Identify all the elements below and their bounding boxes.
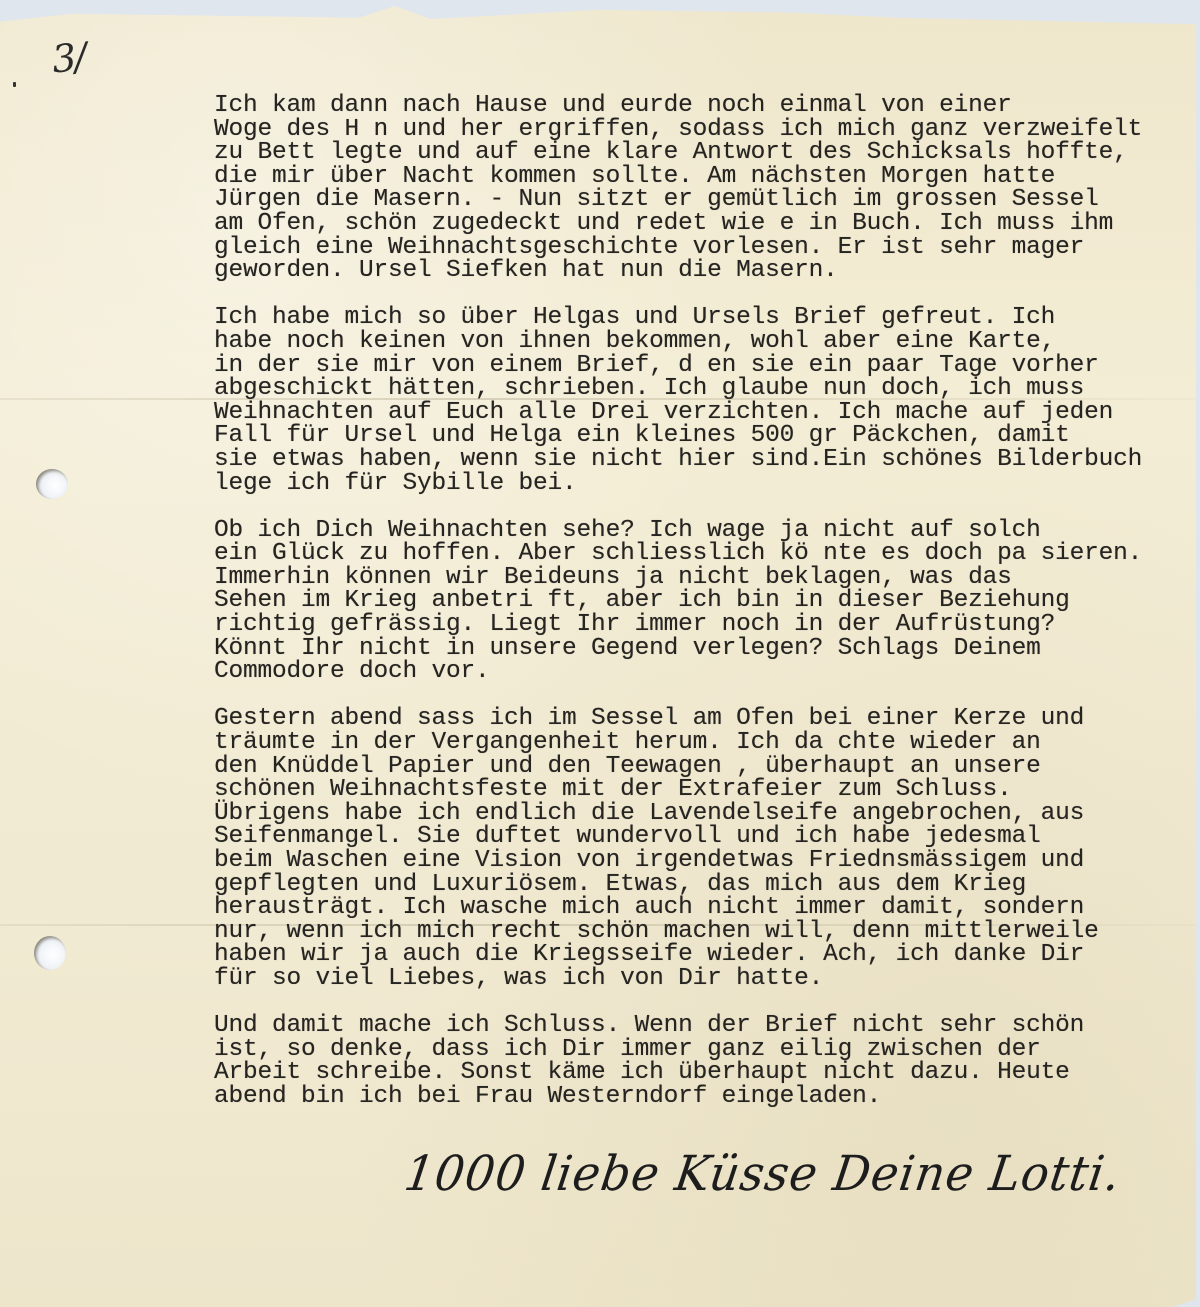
text-line: zu Bett legte und auf eine klare Antwort…	[214, 141, 1189, 165]
text-line: haben wir ja auch die Kriegsseife wieder…	[214, 943, 1189, 967]
punch-hole-top	[36, 469, 68, 499]
text-line: geworden. Ursel Siefken hat nun die Mase…	[214, 259, 1189, 283]
text-line: Woge des H n und her ergriffen, sodass i…	[214, 118, 1189, 142]
text-line: sie etwas haben, wenn sie nicht hier sin…	[214, 448, 1189, 472]
text-line: ein Glück zu hoffen. Aber schliesslich k…	[214, 542, 1189, 566]
text-line: am Ofen, schön zugedeckt und redet wie e…	[214, 212, 1189, 236]
text-line: Ich habe mich so über Helgas und Ursels …	[214, 306, 1189, 330]
paragraph-3: Ob ich Dich Weihnachten sehe? Ich wage j…	[214, 519, 1189, 684]
text-line: Fall für Ursel und Helga ein kleines 500…	[214, 424, 1189, 448]
text-line: die mir über Nacht kommen sollte. Am näc…	[214, 165, 1189, 189]
text-line: in der sie mir von einem Brief, d en sie…	[214, 354, 1189, 378]
letter-body: Ich kam dann nach Hause und eurde noch e…	[214, 94, 1189, 1132]
text-line: Immerhin können wir Beideuns ja nicht be…	[214, 566, 1189, 590]
text-line: gleich eine Weihnachtsgeschichte vorlese…	[214, 236, 1189, 260]
text-line: abgeschickt hätten, schrieben. Ich glaub…	[214, 377, 1189, 401]
text-line: beim Waschen eine Vision von irgendetwas…	[214, 849, 1189, 873]
text-line: träumte in der Vergangenheit herum. Ich …	[214, 731, 1189, 755]
paragraph-2: Ich habe mich so über Helgas und Ursels …	[214, 306, 1189, 495]
text-line: herausträgt. Ich wasche mich auch nicht …	[214, 896, 1189, 920]
text-line: Jürgen die Masern. - Nun sitzt er gemütl…	[214, 188, 1189, 212]
text-line: abend bin ich bei Frau Westerndorf einge…	[214, 1085, 1189, 1109]
text-line: schönen Weihnachtsfeste mit der Extrafei…	[214, 778, 1189, 802]
paragraph-1: Ich kam dann nach Hause und eurde noch e…	[214, 94, 1189, 283]
text-line: gepflegten und Luxuriösem. Etwas, das mi…	[214, 873, 1189, 897]
text-line: Weihnachten auf Euch alle Drei verzichte…	[214, 401, 1189, 425]
text-line: ist, so denke, dass ich Dir immer ganz e…	[214, 1038, 1189, 1062]
punch-hole-bottom	[34, 936, 66, 970]
text-line: den Knüddel Papier und den Teewagen , üb…	[214, 755, 1189, 779]
text-line: habe noch keinen von ihnen bekommen, woh…	[214, 330, 1189, 354]
text-line: für so viel Liebes, was ich von Dir hatt…	[214, 967, 1189, 991]
text-line: Und damit mache ich Schluss. Wenn der Br…	[214, 1014, 1189, 1038]
letter-page: 3/ Ich kam dann nach Hause und eurde noc…	[0, 6, 1196, 1307]
paragraph-5: Und damit mache ich Schluss. Wenn der Br…	[214, 1014, 1189, 1108]
handwritten-signature: 1000 liebe Küsse Deine Lotti.	[401, 1145, 1124, 1202]
text-line: Gestern abend sass ich im Sessel am Ofen…	[214, 707, 1189, 731]
handwritten-page-number: 3/	[50, 34, 87, 81]
ink-mark	[13, 82, 16, 87]
text-line: nur, wenn ich mich recht schön machen wi…	[214, 920, 1189, 944]
text-line: richtig gefrässig. Liegt Ihr immer noch …	[214, 613, 1189, 637]
text-line: Ob ich Dich Weihnachten sehe? Ich wage j…	[214, 519, 1189, 543]
text-line: Arbeit schreibe. Sonst käme ich überhaup…	[214, 1061, 1189, 1085]
text-line: Seifenmangel. Sie duftet wundervoll und …	[214, 825, 1189, 849]
text-line: lege ich für Sybille bei.	[214, 472, 1189, 496]
text-line: Übrigens habe ich endlich die Lavendelse…	[214, 802, 1189, 826]
text-line: Commodore doch vor.	[214, 660, 1189, 684]
paragraph-4: Gestern abend sass ich im Sessel am Ofen…	[214, 707, 1189, 990]
text-line: Könnt Ihr nicht in unsere Gegend verlege…	[214, 637, 1189, 661]
text-line: Sehen im Krieg anbetri ft, aber ich bin …	[214, 589, 1189, 613]
text-line: Ich kam dann nach Hause und eurde noch e…	[214, 94, 1189, 118]
